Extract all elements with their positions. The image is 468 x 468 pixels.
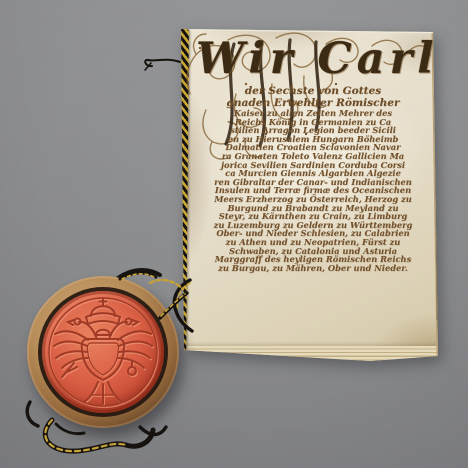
document-title: Wir Carl: [196, 34, 434, 84]
wax-seal: [27, 276, 179, 428]
manuscript-line: zu Burgau, zu Mähren, Ober und Nieder.: [196, 264, 430, 273]
parchment-booklet: Wir Carl der Sechste von Gottes gnaden E…: [170, 20, 450, 365]
photo-stage: Wir Carl der Sechste von Gottes gnaden E…: [0, 0, 468, 468]
manuscript-text-block: der Sechste von Gottes gnaden Erwehlter …: [196, 86, 430, 272]
manuscript-line: der Sechste von Gottes: [196, 86, 430, 98]
seal-wax: [42, 291, 164, 413]
double-headed-eagle-emblem: [42, 291, 164, 413]
